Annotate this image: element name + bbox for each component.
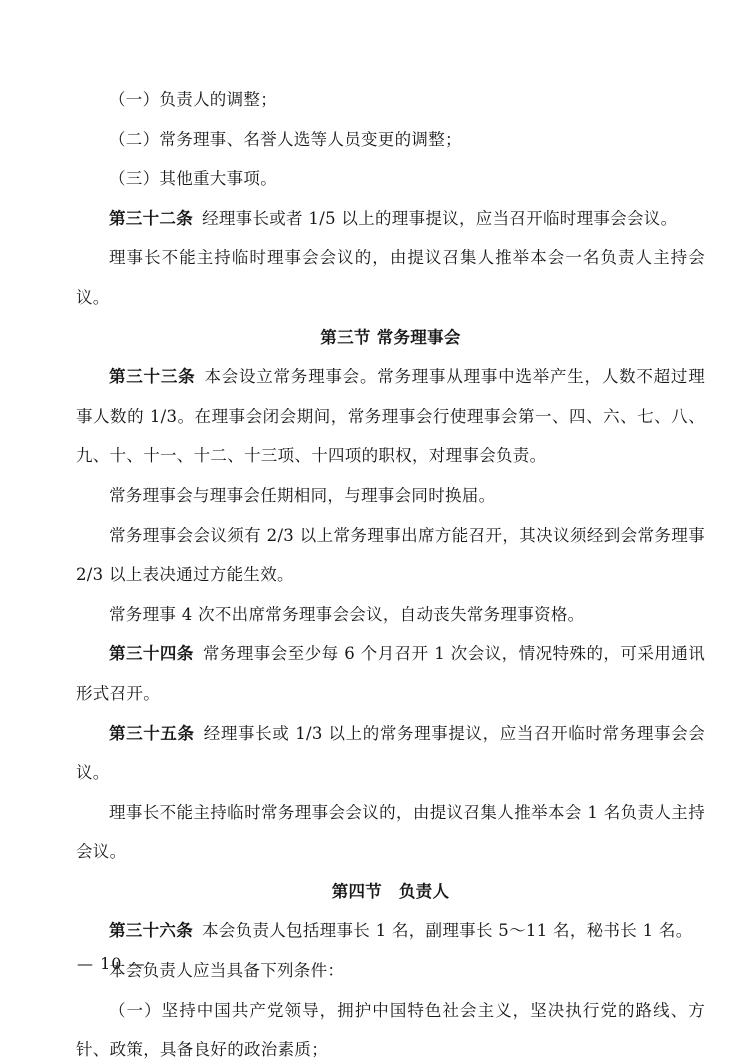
paragraph: 常务理事 4 次不出席常务理事会会议，自动丧失常务理事资格。 bbox=[76, 595, 705, 635]
section-heading: 第三节 常务理事会 bbox=[76, 318, 705, 358]
paragraph: 常务理事会与理事会任期相同，与理事会同时换届。 bbox=[76, 476, 705, 516]
paragraph: （二）常务理事、名誉人选等人员变更的调整； bbox=[76, 120, 705, 160]
article-paragraph: 第三十五条经理事长或 1/3 以上的常务理事提议，应当召开临时常务理事会会议。 bbox=[76, 714, 705, 793]
paragraph: 理事长不能主持临时常务理事会会议的，由提议召集人推举本会 1 名负责人主持会议。 bbox=[76, 793, 705, 872]
article-paragraph: 第三十三条本会设立常务理事会。常务理事从理事中选举产生，人数不超过理事人数的 1… bbox=[76, 357, 705, 476]
paragraph: （一）负责人的调整； bbox=[76, 80, 705, 120]
paragraph: （一）坚持中国共产党领导，拥护中国特色社会主义，坚决执行党的路线、方针、政策，具… bbox=[76, 991, 705, 1064]
document-page: （一）负责人的调整；（二）常务理事、名誉人选等人员变更的调整；（三）其他重大事项… bbox=[0, 0, 753, 1064]
article-number: 第三十二条 bbox=[109, 209, 193, 228]
page-number: — 10 — bbox=[77, 952, 146, 976]
paragraph: 常务理事会会议须有 2/3 以上常务理事出席方能召开，其决议须经到会常务理事 2… bbox=[76, 516, 705, 595]
paragraph: （三）其他重大事项。 bbox=[76, 159, 705, 199]
section-heading: 第四节 负责人 bbox=[76, 872, 705, 912]
article-number: 第三十六条 bbox=[109, 921, 193, 940]
article-paragraph: 第三十二条经理事长或者 1/5 以上的理事提议，应当召开临时理事会会议。 bbox=[76, 199, 705, 239]
article-number: 第三十三条 bbox=[109, 367, 195, 386]
paragraph: 理事长不能主持临时理事会会议的，由提议召集人推举本会一名负责人主持会议。 bbox=[76, 238, 705, 317]
paragraph: 本会负责人应当具备下列条件： bbox=[76, 951, 705, 991]
document-body: （一）负责人的调整；（二）常务理事、名誉人选等人员变更的调整；（三）其他重大事项… bbox=[76, 80, 705, 1064]
article-paragraph: 第三十四条常务理事会至少每 6 个月召开 1 次会议，情况特殊的，可采用通讯形式… bbox=[76, 634, 705, 713]
article-paragraph: 第三十六条本会负责人包括理事长 1 名，副理事长 5～11 名，秘书长 1 名。 bbox=[76, 911, 705, 951]
article-number: 第三十四条 bbox=[109, 644, 194, 663]
article-number: 第三十五条 bbox=[109, 724, 195, 743]
